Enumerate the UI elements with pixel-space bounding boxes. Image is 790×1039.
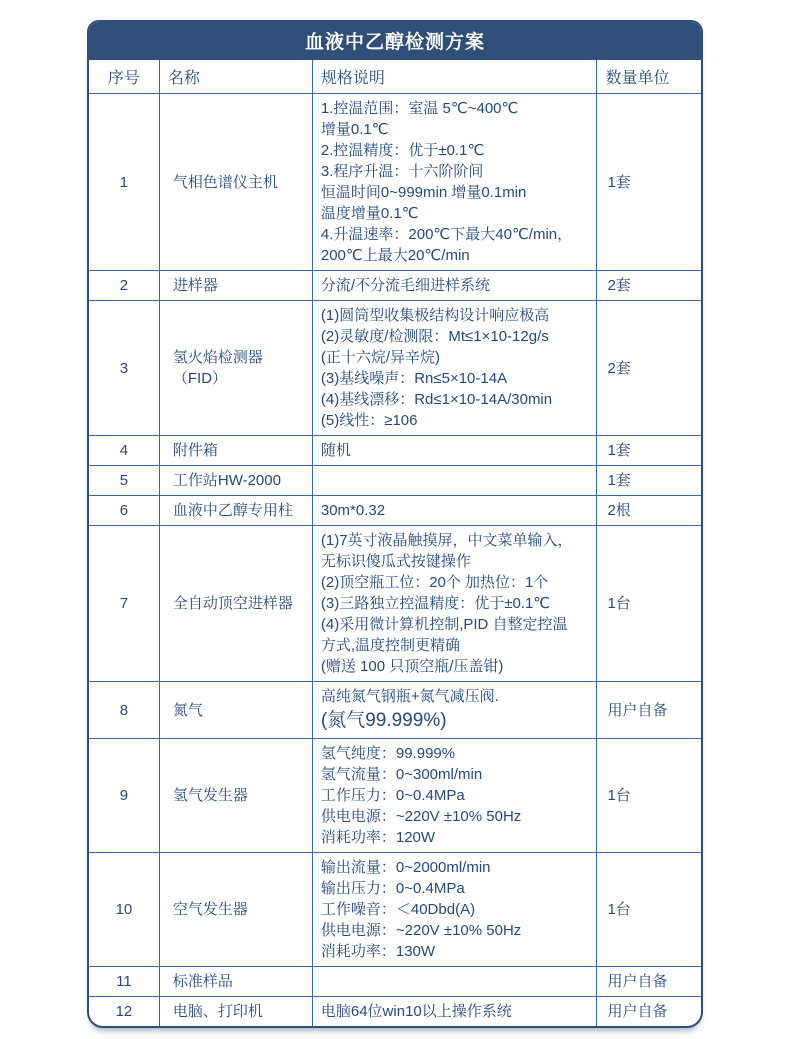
row-spec-cell: 随机 (312, 436, 597, 466)
page: { "title": "血液中乙醇检测方案", "columns": ["序号"… (0, 0, 790, 1039)
spec-line: 输出流量：0~2000ml/min (321, 857, 589, 878)
page-title: 血液中乙醇检测方案 (89, 22, 701, 60)
spec-line: (3)基线噪声：Rn≤5×10-14A (321, 368, 589, 389)
detection-plan-panel: 血液中乙醇检测方案 序号 名称 规格说明 数量单位 1气相色谱仪主机1.控温范围… (87, 20, 703, 1028)
spec-line: 增量0.1℃ (321, 119, 589, 140)
spec-line: (1)圆筒型收集极结构设计响应极高 (321, 305, 589, 326)
row-quantity-cell: 1套 (597, 466, 701, 496)
row-name-cell: 血液中乙醇专用柱 (159, 496, 312, 526)
spec-line: 恒温时间0~999min 增量0.1min (321, 182, 589, 203)
row-spec-cell: (1)圆筒型收集极结构设计响应极高(2)灵敏度/检测限：Mt≤1×10-12g/… (312, 301, 597, 436)
row-quantity-cell: 1套 (597, 94, 701, 271)
row-name-cell: 进样器 (159, 271, 312, 301)
row-quantity-cell: 1台 (597, 526, 701, 682)
spec-line: 消耗功率：120W (321, 827, 589, 848)
row-spec-cell: (1)7英寸液晶触摸屏，中文菜单输入，无标识傻瓜式按键操作(2)顶空瓶工位：20… (312, 526, 597, 682)
spec-line: 工作噪音：＜40Dbd(A) (321, 899, 589, 920)
table-row: 7全自动顶空进样器(1)7英寸液晶触摸屏，中文菜单输入，无标识傻瓜式按键操作(2… (89, 526, 701, 682)
table-row: 9氢气发生器氢气纯度：99.999%氢气流量：0~300ml/min工作压力：0… (89, 739, 701, 853)
spec-line: (5)线性：≥106 (321, 410, 589, 431)
row-spec-cell: 1.控温范围：室温 5℃~400℃增量0.1℃2.控温精度：优于±0.1℃3.程… (312, 94, 597, 271)
spec-line: 氢气纯度：99.999% (321, 743, 589, 764)
spec-line: (赠送 100 只顶空瓶/压盖钳) (321, 656, 589, 677)
spec-line: (2)顶空瓶工位：20个 加热位：1个 (321, 572, 589, 593)
spec-line: 2.控温精度：优于±0.1℃ (321, 140, 589, 161)
row-number-cell: 11 (89, 967, 159, 997)
spec-line: 温度增量0.1℃ (321, 203, 589, 224)
row-number-cell: 10 (89, 853, 159, 967)
row-name-cell: 工作站HW-2000 (159, 466, 312, 496)
column-header-spec: 规格说明 (312, 60, 597, 94)
spec-line: 供电电源：~220V ±10% 50Hz (321, 920, 589, 941)
spec-line: 供电电源：~220V ±10% 50Hz (321, 806, 589, 827)
table-row: 11标准样品用户自备 (89, 967, 701, 997)
spec-table: 序号 名称 规格说明 数量单位 1气相色谱仪主机1.控温范围：室温 5℃~400… (89, 60, 701, 1026)
row-name-cell: 电脑、打印机 (159, 997, 312, 1027)
row-name-cell: 气相色谱仪主机 (159, 94, 312, 271)
header-row: 序号 名称 规格说明 数量单位 (89, 60, 701, 94)
row-number-cell: 8 (89, 682, 159, 739)
row-number-cell: 2 (89, 271, 159, 301)
spec-line: (氮气99.999%) (321, 707, 589, 734)
table-body: 1气相色谱仪主机1.控温范围：室温 5℃~400℃增量0.1℃2.控温精度：优于… (89, 94, 701, 1027)
spec-line: (1)7英寸液晶触摸屏，中文菜单输入， (321, 530, 589, 551)
row-name-cell: 空气发生器 (159, 853, 312, 967)
spec-line: 4.升温速率：200℃下最大40℃/min， (321, 224, 589, 245)
row-number-cell: 3 (89, 301, 159, 436)
spec-line: 无标识傻瓜式按键操作 (321, 551, 589, 572)
spec-line: (3)三路独立控温精度：优于±0.1℃ (321, 593, 589, 614)
row-quantity-cell: 1台 (597, 739, 701, 853)
table-row: 2进样器分流/不分流毛细进样系统2套 (89, 271, 701, 301)
spec-line: 输出压力：0~0.4MPa (321, 878, 589, 899)
row-number-cell: 7 (89, 526, 159, 682)
row-quantity-cell: 2根 (597, 496, 701, 526)
row-name-cell: 氮气 (159, 682, 312, 739)
row-name-cell: 全自动顶空进样器 (159, 526, 312, 682)
spec-line: 200℃上最大20℃/min (321, 245, 589, 266)
table-row: 6血液中乙醇专用柱30m*0.322根 (89, 496, 701, 526)
row-spec-cell (312, 466, 597, 496)
spec-line: 1.控温范围：室温 5℃~400℃ (321, 98, 589, 119)
spec-line: 消耗功率：130W (321, 941, 589, 962)
row-quantity-cell: 用户自备 (597, 967, 701, 997)
row-name-cell: 氢气发生器 (159, 739, 312, 853)
row-number-cell: 6 (89, 496, 159, 526)
row-quantity-cell: 用户自备 (597, 682, 701, 739)
spec-line: 氢气流量：0~300ml/min (321, 764, 589, 785)
row-quantity-cell: 用户自备 (597, 997, 701, 1027)
spec-line: 电脑64位win10以上操作系统 (321, 1001, 589, 1022)
column-header-no: 序号 (89, 60, 159, 94)
row-quantity-cell: 2套 (597, 301, 701, 436)
spec-line: 分流/不分流毛细进样系统 (321, 275, 589, 296)
row-spec-cell: 分流/不分流毛细进样系统 (312, 271, 597, 301)
spec-line: (4)采用微计算机控制,PID 自整定控温 (321, 614, 589, 635)
row-spec-cell: 输出流量：0~2000ml/min输出压力：0~0.4MPa工作噪音：＜40Db… (312, 853, 597, 967)
row-quantity-cell: 1套 (597, 436, 701, 466)
spec-line: 随机 (321, 440, 589, 461)
row-spec-cell: 高纯氮气钢瓶+氮气减压阀.(氮气99.999%) (312, 682, 597, 739)
row-spec-cell: 30m*0.32 (312, 496, 597, 526)
spec-line: (2)灵敏度/检测限：Mt≤1×10-12g/s (321, 326, 589, 347)
table-row: 10空气发生器输出流量：0~2000ml/min输出压力：0~0.4MPa工作噪… (89, 853, 701, 967)
table-row: 12电脑、打印机电脑64位win10以上操作系统用户自备 (89, 997, 701, 1027)
row-number-cell: 9 (89, 739, 159, 853)
table-row: 5工作站HW-20001套 (89, 466, 701, 496)
row-number-cell: 4 (89, 436, 159, 466)
table-row: 1气相色谱仪主机1.控温范围：室温 5℃~400℃增量0.1℃2.控温精度：优于… (89, 94, 701, 271)
row-spec-cell: 氢气纯度：99.999%氢气流量：0~300ml/min工作压力：0~0.4MP… (312, 739, 597, 853)
spec-line: 方式,温度控制更精确 (321, 635, 589, 656)
table-row: 3氢火焰检测器（FID）(1)圆筒型收集极结构设计响应极高(2)灵敏度/检测限：… (89, 301, 701, 436)
column-header-qty: 数量单位 (597, 60, 701, 94)
row-number-cell: 12 (89, 997, 159, 1027)
spec-line: 30m*0.32 (321, 500, 589, 521)
row-spec-cell (312, 967, 597, 997)
row-spec-cell: 电脑64位win10以上操作系统 (312, 997, 597, 1027)
table-row: 4附件箱随机1套 (89, 436, 701, 466)
spec-line: 高纯氮气钢瓶+氮气减压阀. (321, 686, 589, 707)
table-row: 8氮气高纯氮气钢瓶+氮气减压阀.(氮气99.999%)用户自备 (89, 682, 701, 739)
spec-line: 3.程序升温：十六阶阶间 (321, 161, 589, 182)
spec-line: 工作压力：0~0.4MPa (321, 785, 589, 806)
row-quantity-cell: 2套 (597, 271, 701, 301)
spec-line: (正十六烷/异辛烷) (321, 347, 589, 368)
row-number-cell: 1 (89, 94, 159, 271)
column-header-name: 名称 (159, 60, 312, 94)
row-name-cell: 标准样品 (159, 967, 312, 997)
row-quantity-cell: 1台 (597, 853, 701, 967)
spec-line: (4)基线漂移：Rd≤1×10-14A/30min (321, 389, 589, 410)
row-name-cell: 氢火焰检测器（FID） (159, 301, 312, 436)
row-name-cell: 附件箱 (159, 436, 312, 466)
row-number-cell: 5 (89, 466, 159, 496)
